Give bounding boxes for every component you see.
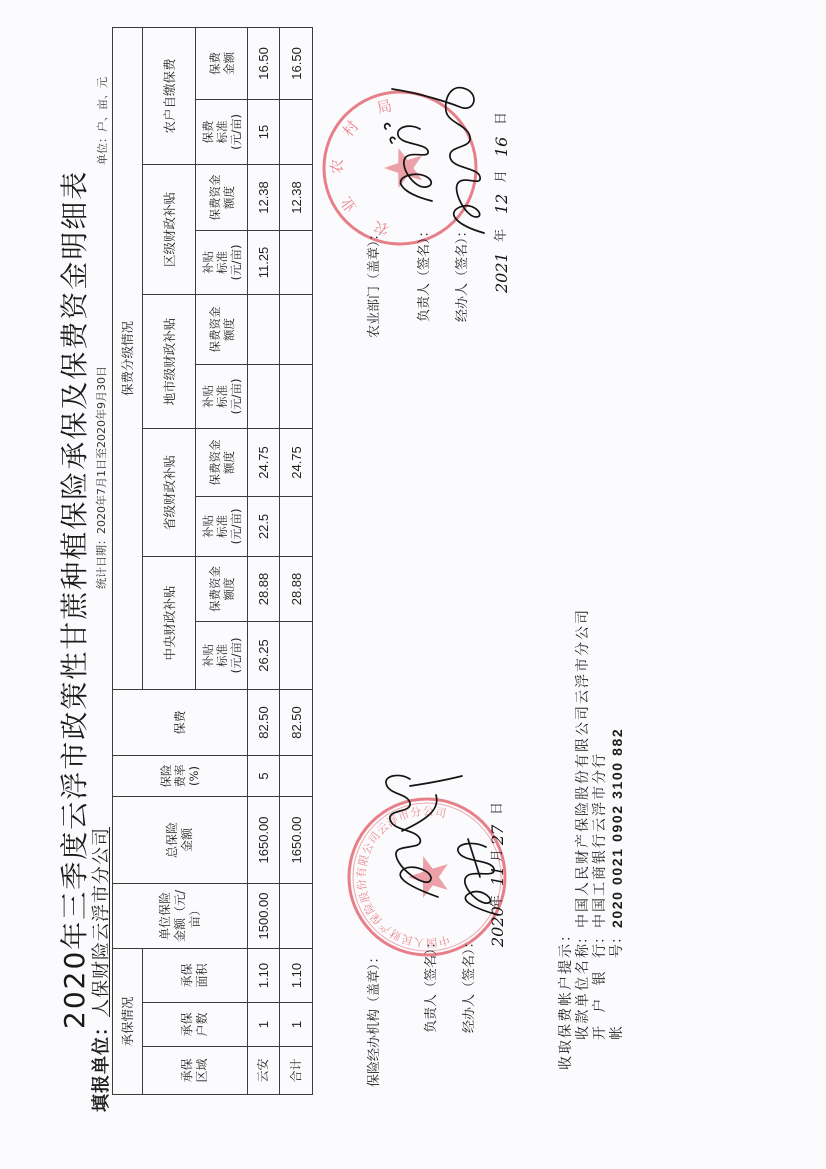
cell-city-standard (248, 364, 280, 428)
insurer-date-year: 2020 (489, 906, 507, 947)
agri-date-day: 16 (493, 137, 511, 157)
agri-leader-signature (385, 124, 432, 201)
payment-account-row: 帐号：2020 0021 0902 3100 882 (609, 728, 626, 1040)
payment-info-heading: 收取保费帐户提示： (558, 926, 575, 1070)
cell-farmer-amount: 16.50 (248, 27, 280, 99)
insurer-company-seal: 中国人民财产保险股份有限公司云浮市分公司 (349, 799, 505, 955)
reporting-unit: 填报单位：人保财险云浮市分公司 (91, 827, 112, 1112)
cell-households: 1 (248, 1003, 280, 1047)
insurer-date-month-unit: 月 (489, 849, 507, 862)
payment-bank-row: 开户银行：中国工商银行云浮市分行 (592, 752, 609, 1040)
bank-value: 中国工商银行云浮市分行 (592, 752, 609, 928)
header-provincial-amount: 保费资金 额度 (196, 428, 248, 496)
document-title: 2020年三季度云浮市政策性甘蔗种植保险承保及保费资金明细表 (60, 170, 90, 1029)
header-central-subsidy: 中央财政补贴 (143, 556, 196, 689)
insurer-handler-signature-label: 经办人（签名）： (462, 935, 478, 1033)
insurer-date-day: 27 (489, 825, 507, 845)
cell-households: 1 (280, 1003, 313, 1047)
header-total-insured-amount: 总保险 金额 (113, 796, 248, 883)
cell-area: 1.10 (280, 948, 313, 1002)
reporting-unit-label: 填报单位： (91, 1017, 112, 1112)
cell-farmer-amount: 16.50 (280, 27, 313, 99)
cell-region: 云安 (248, 1047, 280, 1095)
insurer-org-stamp-label: 保险经办机构（盖章）： (367, 950, 383, 1087)
cell-premium: 82.50 (280, 689, 313, 755)
cell-central-standard: 26.25 (248, 621, 280, 689)
account-label: 帐号 (609, 944, 626, 1040)
payment-payee-row: 收款单位名称：中国人民财产保险股份有限公司云浮市分公司 (575, 608, 592, 1040)
header-district-subsidy: 区级财政补贴 (143, 164, 196, 294)
agri-date-month-unit: 月 (493, 170, 511, 183)
header-central-standard: 补贴 标准 (元/亩) (196, 621, 248, 689)
statistics-period-label: 统计日期： (95, 534, 108, 589)
cell-farmer-standard (280, 99, 313, 164)
bank-label: 开户银行 (592, 944, 609, 1040)
header-premium-rate: 保险 费率 (%) (113, 755, 248, 796)
cell-unit-amount (280, 883, 313, 948)
statistics-period: 统计日期：2020年7月1日至2020年9月30日 (96, 366, 108, 589)
header-row-groups: 承保情况 单位保险 金额（元/ 亩） 总保险 金额 保险 费率 (%) 保费 保… (113, 27, 143, 1094)
insurer-date-month: 11 (489, 866, 507, 886)
cell-unit-amount: 1500.00 (248, 883, 280, 948)
cell-city-standard (280, 364, 313, 428)
payee-value: 中国人民财产保险股份有限公司云浮市分公司 (575, 608, 592, 928)
reporting-unit-value: 人保财险云浮市分公司 (91, 827, 112, 1017)
header-farmer-self-paid: 农户自缴保费 (143, 27, 196, 164)
cell-area: 1.10 (248, 948, 280, 1002)
insurer-leader-signature (386, 776, 462, 897)
header-underwriting: 承保情况 (113, 948, 143, 1094)
seal-ring (324, 92, 476, 244)
cell-district-standard: 11.25 (248, 230, 280, 294)
header-farmer-amount: 保费 金额 (196, 27, 248, 99)
header-provincial-standard: 补贴 标准 (元/亩) (196, 496, 248, 556)
agri-handler-signature (392, 88, 484, 233)
header-district-amount: 保费资金 额度 (196, 164, 248, 230)
agri-date-year-unit: 年 (493, 229, 511, 242)
cell-farmer-standard: 15 (248, 99, 280, 164)
header-farmer-standard: 保费 标准 (元/亩) (196, 99, 248, 164)
cell-district-amount: 12.38 (280, 164, 313, 230)
agri-seal-text: 农业农村局 (328, 96, 394, 239)
account-number: 2020 0021 0902 3100 882 (609, 728, 626, 928)
cell-provincial-amount: 24.75 (248, 428, 280, 496)
unit-note: 单位：户、亩、元 (97, 77, 109, 165)
header-premium: 保费 (113, 689, 248, 755)
cell-provincial-standard: 22.5 (248, 496, 280, 556)
header-premium-breakdown: 保费分级情况 (113, 27, 143, 689)
agri-date-month: 12 (493, 194, 511, 214)
seal-star-icon (384, 148, 422, 188)
seal-inner-ring (353, 803, 501, 951)
table-row-total: 合计 1 1.10 1650.00 82.50 28.88 24.75 12.3… (280, 27, 313, 1094)
cell-central-amount: 28.88 (248, 556, 280, 621)
cell-region: 合计 (280, 1047, 313, 1095)
payee-separator: ： (575, 928, 592, 944)
statistics-period-value: 2020年7月1日至2020年9月30日 (95, 366, 108, 534)
payee-label: 收款单位名称 (575, 944, 592, 1040)
cell-provincial-amount: 24.75 (280, 428, 313, 496)
seal-star-icon (408, 856, 448, 898)
seal-ring (349, 799, 505, 955)
header-city-amount: 保费资金 额度 (196, 294, 248, 364)
insurance-detail-table: 承保情况 单位保险 金额（元/ 亩） 总保险 金额 保险 费率 (%) 保费 保… (112, 27, 313, 1095)
header-city-subsidy: 地市级财政补贴 (143, 294, 196, 428)
header-district-standard: 补贴 标准 (元/亩) (196, 230, 248, 294)
bank-separator: ： (592, 928, 609, 944)
insurer-leader-signature-label: 负责人（签名）： (424, 935, 440, 1033)
agri-date-day-unit: 日 (493, 112, 511, 125)
cell-premium: 82.50 (248, 689, 280, 755)
header-area: 承保 面积 (143, 948, 248, 1002)
insurer-date-day-unit: 日 (489, 802, 507, 815)
cell-central-standard (280, 621, 313, 689)
scanned-document-page: 2020年三季度云浮市政策性甘蔗种植保险承保及保费资金明细表 统计日期：2020… (0, 0, 826, 1169)
agri-leader-signature-label: 负责人（签名）： (417, 224, 433, 322)
header-city-standard: 补贴 标准 (元/亩) (196, 364, 248, 428)
cell-district-standard (280, 230, 313, 294)
table-row: 云安 1 1.10 1500.00 1650.00 5 82.50 26.25 … (248, 27, 280, 1094)
header-households: 承保 户数 (143, 1003, 248, 1047)
header-central-amount: 保费资金 额度 (196, 556, 248, 621)
agri-handler-signature-label: 经办人（签名）： (455, 224, 471, 322)
insurer-date-year-unit: 年 (489, 895, 507, 908)
insurer-seal-text: 中国人民财产保险股份有限公司云浮市分公司 (355, 804, 451, 949)
cell-city-amount (280, 294, 313, 364)
cell-city-amount (248, 294, 280, 364)
cell-provincial-standard (280, 496, 313, 556)
cell-total-amount: 1650.00 (248, 796, 280, 883)
cell-rate: 5 (248, 755, 280, 796)
header-unit-insured-amount: 单位保险 金额（元/ 亩） (113, 883, 248, 948)
agri-date-year: 2021 (493, 252, 511, 293)
cell-central-amount: 28.88 (280, 556, 313, 621)
account-separator: ： (609, 928, 626, 944)
cell-district-amount: 12.38 (248, 164, 280, 230)
agri-dept-stamp-label: 农业部门（盖章）： (367, 227, 383, 338)
cell-total-amount: 1650.00 (280, 796, 313, 883)
agriculture-department-seal: 农业农村局 (324, 92, 476, 244)
cell-rate (280, 755, 313, 796)
header-region: 承保 区域 (143, 1047, 248, 1095)
header-provincial-subsidy: 省级财政补贴 (143, 428, 196, 556)
